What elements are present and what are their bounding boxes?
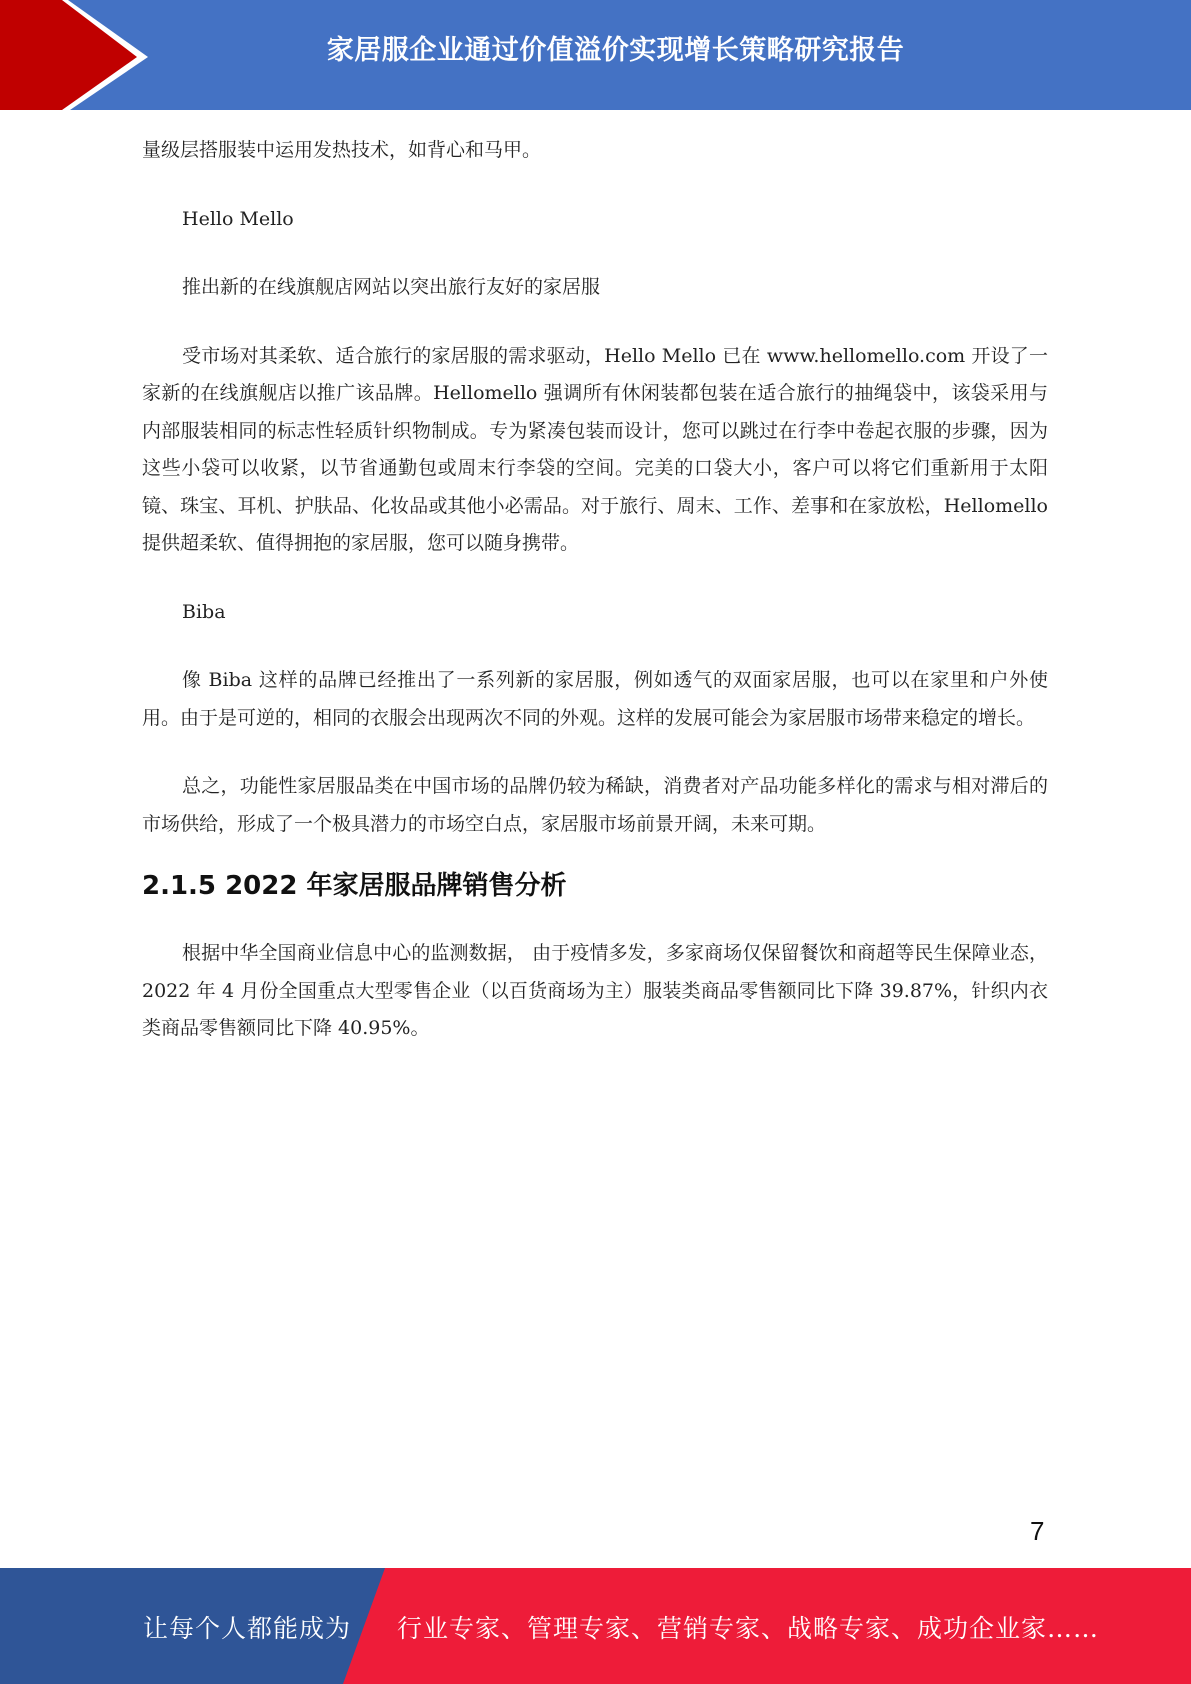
paragraph-summary: 总之，功能性家居服品类在中国市场的品牌仍较为稀缺，消费者对产品功能多样化的需求与…: [142, 768, 1048, 843]
brand-subtitle: 推出新的在线旗舰店网站以突出旅行友好的家居服: [142, 269, 1048, 307]
paragraph-sales-analysis: 根据中华全国商业信息中心的监测数据， 由于疫情多发，多家商场仅保留餐饮和商超等民…: [142, 935, 1048, 1048]
page-footer: 让每个人都能成为 行业专家、管理专家、营销专家、战略专家、成功企业家……: [0, 1568, 1191, 1684]
page-number: 7: [1030, 1516, 1044, 1547]
document-body: 量级层搭服装中运用发热技术，如背心和马甲。 Hello Mello 推出新的在线…: [142, 132, 1048, 1048]
footer-slogan-left: 让每个人都能成为: [143, 1609, 351, 1645]
paragraph-continued: 量级层搭服装中运用发热技术，如背心和马甲。: [142, 132, 1048, 170]
report-title: 家居服企业通过价值溢价实现增长策略研究报告: [0, 28, 1191, 67]
brand-name-biba: Biba: [142, 594, 1048, 632]
paragraph-hello-mello: 受市场对其柔软、适合旅行的家居服的需求驱动，Hello Mello 已在 www…: [142, 338, 1048, 563]
paragraph-biba: 像 Biba 这样的品牌已经推出了一系列新的家居服，例如透气的双面家居服，也可以…: [142, 662, 1048, 737]
page-header: 家居服企业通过价值溢价实现增长策略研究报告: [0, 0, 1191, 110]
section-heading: 2.1.5 2022 年家居服品牌销售分析: [142, 867, 1048, 905]
footer-slogan-right: 行业专家、管理专家、营销专家、战略专家、成功企业家……: [397, 1609, 1099, 1645]
brand-name-hello-mello: Hello Mello: [142, 201, 1048, 239]
